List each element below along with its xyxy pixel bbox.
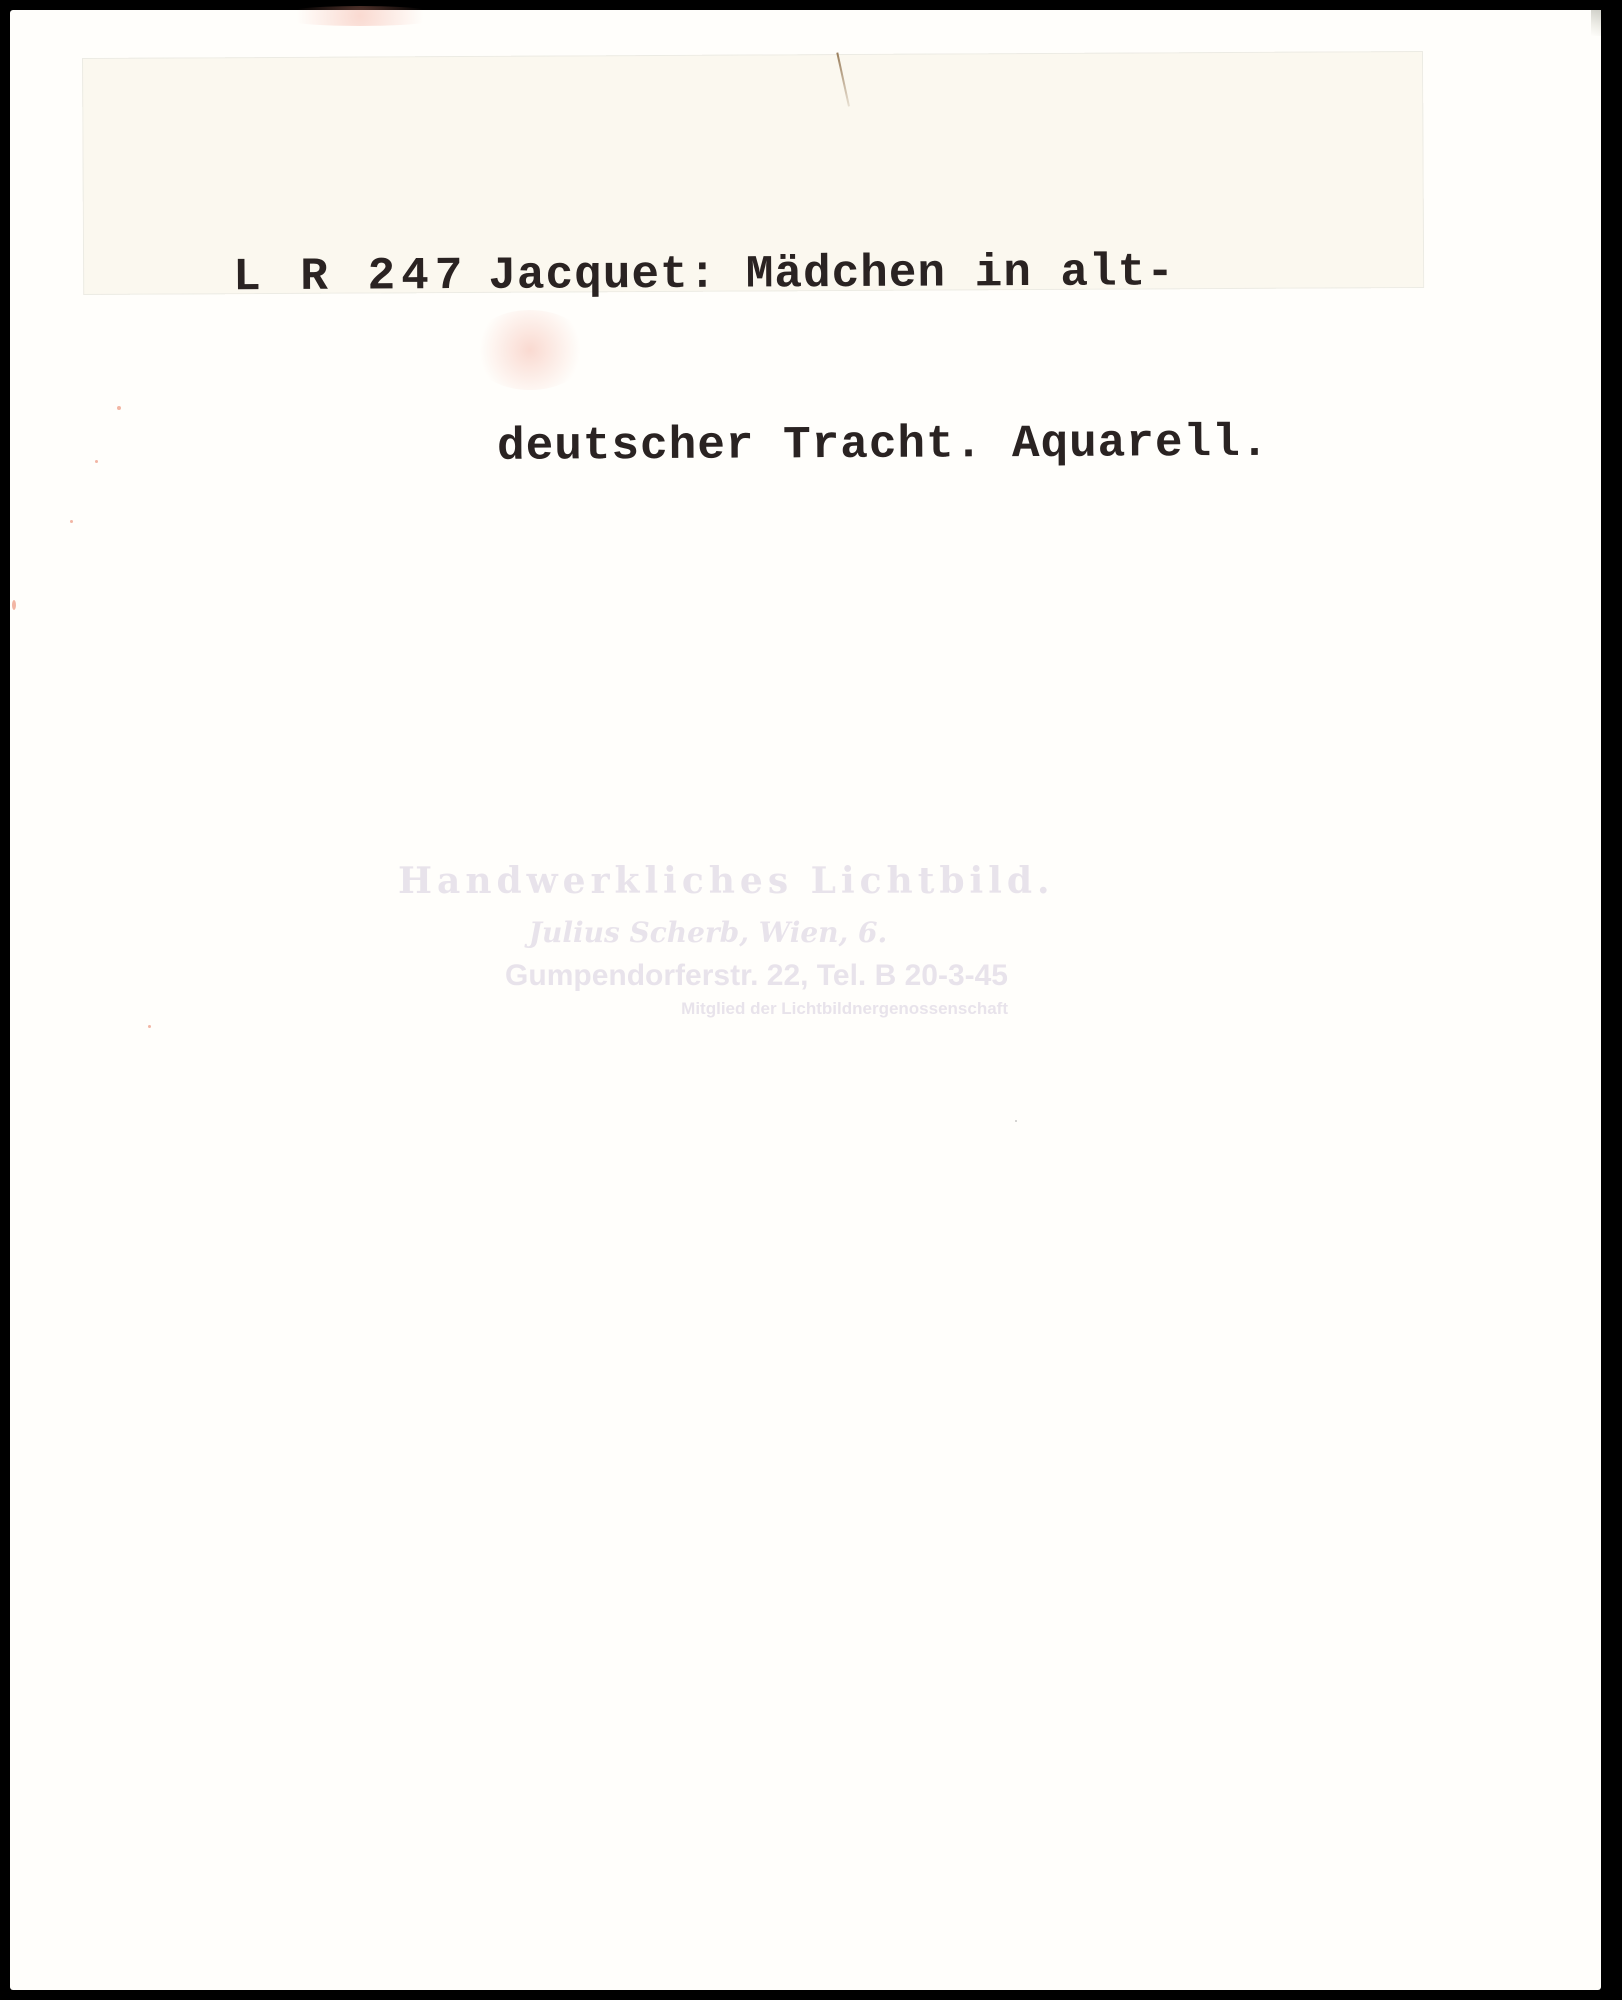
stamp-title: Handwerkliches Lichtbild. <box>398 860 1018 902</box>
red-speck <box>1015 1120 1017 1122</box>
red-speck <box>95 460 98 463</box>
scratch-mark <box>836 52 850 106</box>
label-line-1: L R 247Jacquet: Mädchen in alt- <box>233 244 1269 306</box>
typed-label-strip: L R 247Jacquet: Mädchen in alt- deutsche… <box>82 51 1424 295</box>
red-speck <box>148 1025 151 1028</box>
stamp-name: Julius Scherb, Wien, 6. <box>398 916 1018 949</box>
label-text: L R 247Jacquet: Mädchen in alt- deutsche… <box>232 130 1270 591</box>
label-title-line-2: deutscher Tracht. Aquarell. <box>497 415 1270 476</box>
label-title-line-1: Jacquet: Mädchen in alt- <box>488 246 1175 302</box>
corner-wear <box>1591 10 1601 36</box>
red-speck <box>12 600 16 610</box>
photographer-stamp: Handwerkliches Lichtbild. Julius Scherb,… <box>398 860 1018 1019</box>
red-smudge <box>270 6 450 26</box>
stamp-address: Gumpendorferstr. 22, Tel. B 20-3-45 <box>398 959 1018 993</box>
stamp-membership: Mitglied der Lichtbildnergenossenschaft <box>398 999 1018 1019</box>
photo-card-back: L R 247Jacquet: Mädchen in alt- deutsche… <box>10 10 1601 1990</box>
red-speck <box>70 520 73 523</box>
catalog-code: L R 247 <box>233 250 469 303</box>
red-speck <box>117 406 121 410</box>
